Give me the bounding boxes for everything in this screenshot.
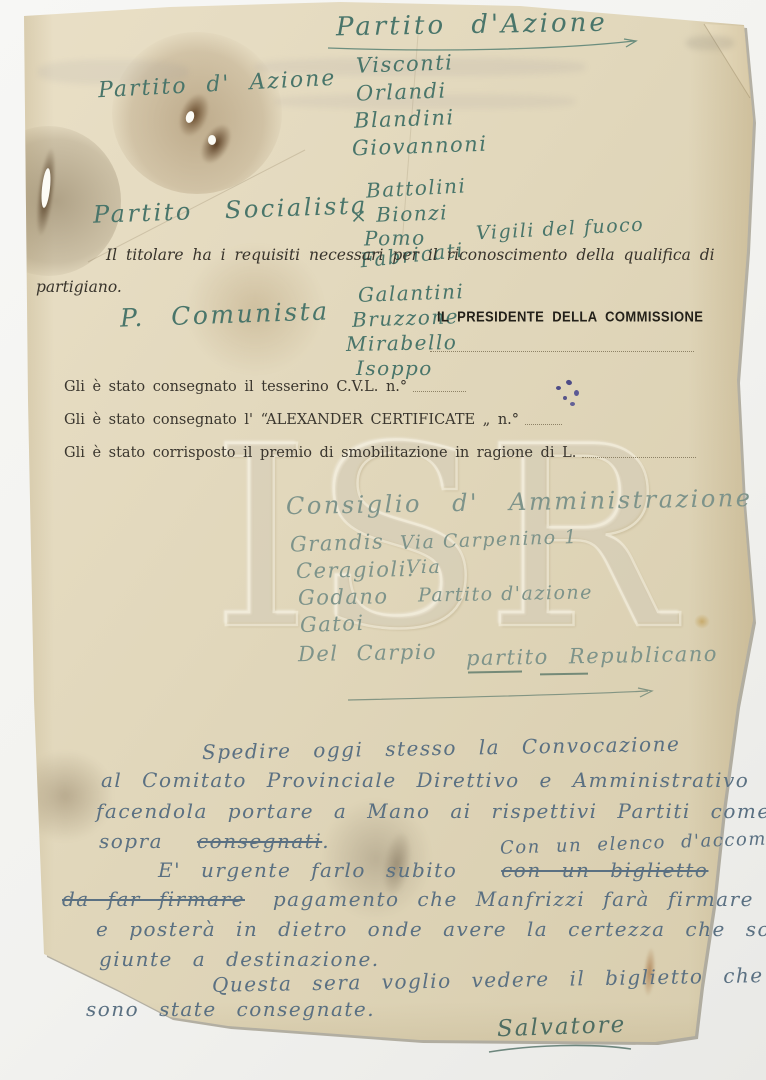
hw-consiglio-name-gatoi: Gatoi (300, 611, 365, 637)
hw-note-insertion: Con un elenco d'accom- (500, 828, 766, 859)
hw-consiglio-name-ceragioli: Ceragioli. (296, 557, 415, 583)
hw-name-bionzi: × Bionzi (350, 200, 449, 227)
president-signature-dotted-line (430, 350, 694, 352)
printed-statement-line1: Il titolare ha i requisiti necessari per… (106, 246, 715, 264)
hw-consiglio-detail-grandis: Via Carpenino 1 (400, 526, 578, 554)
hw-note-line6-struck: da far firmare (62, 887, 245, 911)
hw-name-battolini: Battolini (365, 173, 466, 202)
signature-underline (487, 1042, 637, 1056)
hw-consiglio-name-grandis: Grandis (290, 529, 385, 556)
hw-name-orlandi: Orlandi (356, 78, 447, 105)
hw-note-line4-struck: consegnati (197, 829, 322, 853)
hw-name-visconti: Visconti (356, 50, 454, 77)
form-line-alexander-text: Gli è stato consegnato l' “ALEXANDER CER… (64, 412, 519, 428)
form-line-tesserino: Gli è stato consegnato il tesserino C.V.… (64, 379, 466, 395)
hw-signature: Salvatore (497, 1012, 627, 1042)
form-line-premio: Gli è stato corrisposto il premio di smo… (64, 445, 696, 461)
hw-consiglio-name-godano: Godano (298, 584, 389, 610)
hw-name-blandini: Blandini (354, 105, 455, 132)
hw-note-line6: da far firmare pagamento che Manfrizzi f… (62, 887, 754, 911)
hw-name-isoppo: Isoppo (356, 356, 433, 380)
hw-note-line5: E' urgente farlo subito con un biglietto (158, 858, 708, 882)
hw-note-line8: giunte a destinazione. (99, 947, 380, 971)
underline-republicano (540, 673, 588, 675)
form-line-premio-dots (582, 456, 696, 458)
hw-label-partito-socialista: Partito Socialista (93, 191, 369, 229)
form-line-premio-text: Gli è stato corrisposto il premio di smo… (64, 445, 576, 461)
scanned-document-page: ISR Partito d'Azione Visconti Orlandi Bl… (0, 0, 766, 1080)
printed-statement-line2: partigiano. (36, 278, 122, 296)
hw-name-galantini: Galantini (358, 279, 465, 307)
hw-consiglio-detail-godano: Partito d'azione (418, 581, 593, 606)
hw-note-line10: sono state consegnate. (86, 997, 375, 1021)
hw-consiglio-name-del-carpio: Del Carpio (298, 640, 437, 666)
hw-consiglio-detail-del-carpio: partito Republicano (466, 642, 718, 670)
hw-note-line2: al Comitato Provinciale Direttivo e Ammi… (101, 768, 749, 792)
hw-name-mirabello: Mirabello (346, 330, 458, 356)
hw-left-label-partito-azione: Partito d' Azione (98, 66, 337, 103)
underline-partito (468, 671, 522, 673)
hw-note-line6-post: pagamento che Manfrizzi farà firmare (273, 887, 754, 911)
hw-note-line1: Spedire oggi stesso la Convocazione (202, 732, 681, 764)
hw-note-line5-pre: E' urgente farlo subito (158, 858, 457, 882)
hw-note-line5-struck: con un biglietto (501, 858, 708, 882)
hw-note-line3: facendola portare a Mano ai rispettivi P… (96, 799, 766, 823)
hw-label-p-comunista: P. Comunista (120, 296, 330, 332)
printed-president-label: IL PRESIDENTE DELLA COMMISSIONE (437, 308, 703, 325)
form-line-tesserino-text: Gli è stato consegnato il tesserino C.V.… (64, 379, 407, 395)
hw-note-line4-pre: sopra (99, 829, 163, 853)
form-line-alexander: Gli è stato consegnato l' “ALEXANDER CER… (64, 412, 562, 428)
hw-note-line7: e posterà in dietro onde avere la certez… (96, 917, 766, 941)
hw-note-vigili-del-fuoco: Vigili del fuoco (476, 214, 645, 245)
hw-name-giovannoni: Giovannoni (352, 132, 488, 161)
form-line-tesserino-dots (413, 390, 466, 392)
content-layer: Partito d'Azione Visconti Orlandi Blandi… (0, 0, 766, 1080)
ink-arrow-line (346, 686, 666, 704)
hw-note-line4-post: . (322, 829, 330, 853)
hw-consiglio-detail-ceragioli: Via (406, 556, 441, 578)
hw-note-line4: sopra consegnati. (99, 829, 330, 853)
hw-consiglio-title: Consiglio d' Amministrazione (286, 484, 753, 520)
form-line-alexander-dots (525, 423, 562, 425)
